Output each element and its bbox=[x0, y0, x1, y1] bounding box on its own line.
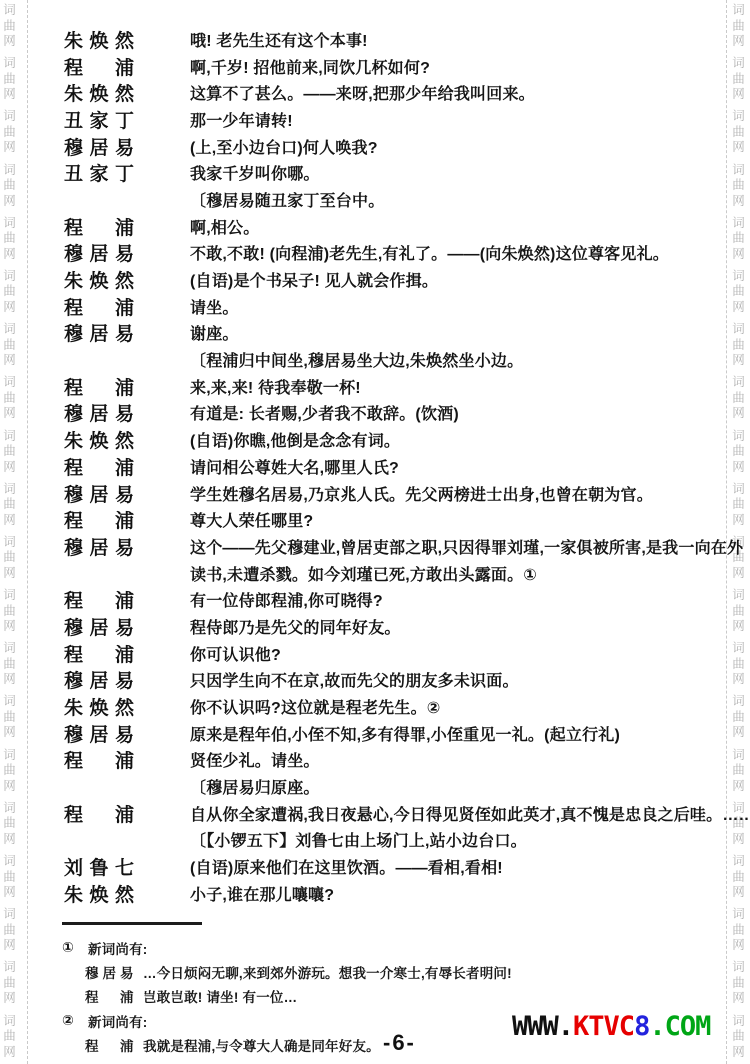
watermark-char: 网 bbox=[727, 300, 750, 316]
watermark-group: 词曲网 bbox=[0, 372, 27, 425]
dialogue-row: 穆居易谢座。 bbox=[64, 320, 724, 347]
speaker-name: 朱焕然 bbox=[64, 31, 141, 52]
stage-direction-row: 〔穆居易随丑家丁至台中。 bbox=[64, 186, 724, 213]
dialogue-row: 程 浦尊大人荣任哪里? bbox=[64, 506, 724, 533]
dialogue-row: 穆居易(上,至小边台口)何人唤我? bbox=[64, 133, 724, 160]
watermark-char: 词 bbox=[727, 56, 750, 72]
dialogue-text: 你不认识吗?这位就是程老先生。② bbox=[190, 695, 441, 718]
watermark-char: 词 bbox=[727, 748, 750, 764]
watermark-char: 网 bbox=[0, 34, 27, 50]
dialogue-text: 这算不了甚么。——来呀,把那少年给我叫回来。 bbox=[190, 81, 535, 104]
speaker-name: 朱焕然 bbox=[64, 431, 141, 452]
watermark-char: 词 bbox=[727, 109, 750, 125]
watermark-group: 词曲网 bbox=[727, 957, 750, 1010]
watermark-group: 词曲网 bbox=[727, 904, 750, 957]
speaker-name: 程 浦 bbox=[64, 805, 141, 826]
watermark-char: 词 bbox=[0, 375, 27, 391]
watermark-char: 词 bbox=[727, 322, 750, 338]
watermark-group: 词曲网 bbox=[727, 160, 750, 213]
footnote-text: 岂敢岂敢! 请坐! 有一位… bbox=[143, 986, 297, 1006]
stage-direction-text: 〔穆居易归原座。 bbox=[190, 775, 320, 798]
watermark-char: 网 bbox=[0, 832, 27, 848]
watermark-char: 网 bbox=[0, 247, 27, 263]
watermark-char: 词 bbox=[0, 535, 27, 551]
speaker-cell: 穆居易 bbox=[64, 239, 190, 266]
dialogue-text: 请坐。 bbox=[190, 295, 239, 318]
dialogue-text: (上,至小边台口)何人唤我? bbox=[190, 135, 378, 158]
watermark-char: 曲 bbox=[727, 923, 750, 939]
dialogue-row: 程 浦你可认识他? bbox=[64, 640, 724, 667]
watermark-char: 词 bbox=[727, 588, 750, 604]
dialogue-text: 有道是: 长者赐,少者我不敢辞。(饮酒) bbox=[190, 401, 459, 424]
watermark-group: 词曲网 bbox=[0, 160, 27, 213]
speaker-cell: 丑家丁 bbox=[64, 106, 190, 133]
watermark-char: 网 bbox=[727, 513, 750, 529]
speaker-cell: 穆居易 bbox=[64, 319, 190, 346]
watermark-char: 词 bbox=[727, 482, 750, 498]
watermark-char: 曲 bbox=[0, 231, 27, 247]
speaker-name: 程 浦 bbox=[64, 645, 141, 666]
dialogue-row: 程 浦有一位侍郎程浦,你可晓得? bbox=[64, 586, 724, 613]
watermark-group: 词曲网 bbox=[727, 638, 750, 691]
speaker-cell: 程 浦 bbox=[64, 373, 190, 400]
watermark-char: 曲 bbox=[727, 391, 750, 407]
watermark-group: 词曲网 bbox=[0, 745, 27, 798]
dialogue-text: 学生姓穆名居易,乃京兆人氏。先父两榜进士出身,也曾在朝为官。 bbox=[190, 482, 653, 505]
watermark-char: 曲 bbox=[727, 976, 750, 992]
footnote-title: 新词尚有: bbox=[88, 938, 148, 958]
watermark-char: 曲 bbox=[0, 391, 27, 407]
speaker-name: 穆居易 bbox=[64, 671, 141, 692]
watermark-group: 词曲网 bbox=[727, 1011, 750, 1064]
dialogue-text: 原来是程年伯,小侄不知,多有得罪,小侄重见一礼。(起立行礼) bbox=[190, 722, 620, 745]
watermark-char: 曲 bbox=[0, 604, 27, 620]
watermark-group: 词曲网 bbox=[727, 426, 750, 479]
watermark-group: 词曲网 bbox=[727, 319, 750, 372]
watermark-group: 词曲网 bbox=[0, 213, 27, 266]
dialogue-text: (自语)你瞧,他倒是念念有词。 bbox=[190, 428, 400, 451]
footnote-text: 我就是程浦,与令尊大人确是同年好友。 bbox=[143, 1035, 380, 1055]
watermark-char: 曲 bbox=[0, 497, 27, 513]
watermark-group: 词曲网 bbox=[0, 532, 27, 585]
speaker-cell: 穆居易 bbox=[64, 480, 190, 507]
speaker-name: 穆居易 bbox=[64, 244, 141, 265]
watermark-char: 网 bbox=[0, 1045, 27, 1061]
site-watermark-segment: 8 bbox=[634, 1011, 649, 1042]
speaker-name: 刘鲁七 bbox=[64, 858, 141, 879]
dialogue-row: 程 浦啊,千岁! 招他前来,同饮几杯如何? bbox=[64, 53, 724, 80]
footnote-speaker-name: 程 浦 bbox=[85, 986, 143, 1006]
dialogue-row: 穆居易原来是程年伯,小侄不知,多有得罪,小侄重见一礼。(起立行礼) bbox=[64, 720, 724, 747]
watermark-char: 词 bbox=[727, 3, 750, 19]
watermark-char: 词 bbox=[0, 1014, 27, 1030]
speaker-name: 朱焕然 bbox=[64, 698, 141, 719]
dialogue-row: 穆居易学生姓穆名居易,乃京兆人氏。先父两榜进士出身,也曾在朝为官。 bbox=[64, 480, 724, 507]
watermark-group: 词曲网 bbox=[727, 266, 750, 319]
watermark-group: 词曲网 bbox=[727, 213, 750, 266]
footnote-text: …今日烦闷无聊,来到郊外游玩。想我一介寒士,有辱长者明问! bbox=[143, 962, 512, 982]
watermark-char: 网 bbox=[727, 1045, 750, 1061]
watermark-char: 曲 bbox=[727, 763, 750, 779]
speaker-name: 朱焕然 bbox=[64, 84, 141, 105]
dialogue-row: 朱焕然这算不了甚么。——来呀,把那少年给我叫回来。 bbox=[64, 79, 724, 106]
watermark-char: 网 bbox=[0, 672, 27, 688]
watermark-char: 词 bbox=[0, 588, 27, 604]
speaker-name: 丑家丁 bbox=[64, 164, 141, 185]
watermark-char: 词 bbox=[727, 163, 750, 179]
dialogue-text: (自语)是个书呆子! 见人就会作揖。 bbox=[190, 268, 438, 291]
dialogue-row: 程 浦来,来,来! 待我奉敬一杯! bbox=[64, 373, 724, 400]
speaker-cell: 朱焕然 bbox=[64, 426, 190, 453]
dialogue-text: 哦! 老先生还有这个本事! bbox=[190, 28, 368, 51]
speaker-name: 穆居易 bbox=[64, 725, 141, 746]
speaker-name: 程 浦 bbox=[64, 591, 141, 612]
watermark-char: 曲 bbox=[0, 284, 27, 300]
dialogue-text: 贤侄少礼。请坐。 bbox=[190, 748, 320, 771]
watermark-char: 曲 bbox=[0, 444, 27, 460]
watermark-char: 词 bbox=[0, 801, 27, 817]
watermark-char: 曲 bbox=[727, 1029, 750, 1045]
dialogue-text: 你可认识他? bbox=[190, 642, 281, 665]
watermark-char: 网 bbox=[727, 566, 750, 582]
watermark-char: 曲 bbox=[727, 125, 750, 141]
watermark-char: 曲 bbox=[0, 1029, 27, 1045]
watermark-char: 词 bbox=[0, 429, 27, 445]
dialogue-row: 程 浦自从你全家遭祸,我日夜悬心,今日得见贤侄如此英才,真不愧是忠良之后哇。…… bbox=[64, 800, 724, 827]
speaker-name: 程 浦 bbox=[64, 298, 141, 319]
watermark-char: 词 bbox=[0, 216, 27, 232]
watermark-char: 词 bbox=[727, 216, 750, 232]
watermark-char: 网 bbox=[0, 140, 27, 156]
speaker-cell: 程 浦 bbox=[64, 640, 190, 667]
watermark-char: 词 bbox=[0, 960, 27, 976]
watermark-char: 曲 bbox=[0, 125, 27, 141]
watermark-group: 词曲网 bbox=[727, 479, 750, 532]
speaker-name: 程 浦 bbox=[64, 511, 141, 532]
dialogue-row: 朱焕然(自语)是个书呆子! 见人就会作揖。 bbox=[64, 266, 724, 293]
stage-direction-row: 〔程浦归中间坐,穆居易坐大边,朱焕然坐小边。 bbox=[64, 346, 724, 373]
footnote-marker: ② bbox=[62, 1012, 88, 1029]
speaker-cell: 朱焕然 bbox=[64, 266, 190, 293]
watermark-group: 词曲网 bbox=[0, 266, 27, 319]
speaker-cell: 程 浦 bbox=[64, 800, 190, 827]
watermark-char: 曲 bbox=[727, 604, 750, 620]
speaker-cell: 程 浦 bbox=[64, 746, 190, 773]
watermark-group: 词曲网 bbox=[0, 585, 27, 638]
dialogue-row: 刘鲁七(自语)原来他们在这里饮酒。——看相,看相! bbox=[64, 853, 724, 880]
dialogue-text: 这个——先父穆建业,曾居吏部之职,只因得罪刘瑾,一家俱被所害,是我一向在外 bbox=[190, 535, 743, 558]
watermark-char: 网 bbox=[727, 779, 750, 795]
watermark-group: 词曲网 bbox=[0, 638, 27, 691]
footnote-divider bbox=[62, 922, 202, 925]
speaker-name: 穆居易 bbox=[64, 618, 141, 639]
dialogue-row: 朱焕然你不认识吗?这位就是程老先生。② bbox=[64, 693, 724, 720]
watermark-group: 词曲网 bbox=[727, 585, 750, 638]
dialogue-text: 尊大人荣任哪里? bbox=[190, 508, 313, 531]
watermark-group: 词曲网 bbox=[0, 904, 27, 957]
watermark-char: 网 bbox=[0, 513, 27, 529]
watermark-char: 词 bbox=[727, 429, 750, 445]
speaker-cell: 刘鲁七 bbox=[64, 853, 190, 880]
watermark-group: 词曲网 bbox=[0, 479, 27, 532]
watermark-char: 网 bbox=[0, 194, 27, 210]
dialogue-row: 程 浦啊,相公。 bbox=[64, 213, 724, 240]
footnote-speaker-name: 穆居易 bbox=[85, 962, 143, 982]
footnote-marker: ① bbox=[62, 939, 88, 956]
watermark-char: 词 bbox=[0, 322, 27, 338]
watermark-char: 网 bbox=[727, 672, 750, 688]
watermark-char: 网 bbox=[727, 991, 750, 1007]
watermark-char: 网 bbox=[0, 619, 27, 635]
dialogue-text: 自从你全家遭祸,我日夜悬心,今日得见贤侄如此英才,真不愧是忠良之后哇。…… bbox=[190, 802, 750, 825]
dialogue-text: 啊,相公。 bbox=[190, 215, 259, 238]
watermark-char: 词 bbox=[0, 694, 27, 710]
footnote-title: 新词尚有: bbox=[88, 1011, 148, 1031]
watermark-char: 网 bbox=[0, 938, 27, 954]
speaker-cell: 程 浦 bbox=[64, 293, 190, 320]
speaker-name: 穆居易 bbox=[64, 485, 141, 506]
watermark-char: 词 bbox=[0, 748, 27, 764]
watermark-char: 网 bbox=[0, 991, 27, 1007]
watermark-char: 曲 bbox=[727, 284, 750, 300]
speaker-name: 穆居易 bbox=[64, 404, 141, 425]
speaker-name: 程 浦 bbox=[64, 378, 141, 399]
speaker-cell: 程 浦 bbox=[64, 53, 190, 80]
watermark-char: 词 bbox=[727, 269, 750, 285]
speaker-cell: 朱焕然 bbox=[64, 693, 190, 720]
dialogue-text: 请问相公尊姓大名,哪里人氏? bbox=[190, 455, 399, 478]
watermark-group: 词曲网 bbox=[0, 319, 27, 372]
speaker-name: 程 浦 bbox=[64, 218, 141, 239]
watermark-group: 词曲网 bbox=[0, 106, 27, 159]
watermark-char: 网 bbox=[727, 34, 750, 50]
stage-direction-text: 〔【小锣五下】刘鲁七由上场门上,站小边台口。 bbox=[190, 828, 527, 851]
dialogue-text: (自语)原来他们在这里饮酒。——看相,看相! bbox=[190, 855, 503, 878]
watermark-char: 曲 bbox=[727, 497, 750, 513]
watermark-char: 曲 bbox=[0, 19, 27, 35]
watermark-char: 曲 bbox=[0, 976, 27, 992]
watermark-char: 词 bbox=[727, 375, 750, 391]
speaker-name: 穆居易 bbox=[64, 324, 141, 345]
speaker-name: 丑家丁 bbox=[64, 111, 141, 132]
stage-direction-row: 读书,未遭杀戮。如今刘瑾已死,方敢出头露面。① bbox=[64, 560, 724, 587]
speaker-cell: 穆居易 bbox=[64, 720, 190, 747]
site-watermark-segment: .COM bbox=[649, 1011, 710, 1042]
watermark-group: 词曲网 bbox=[0, 957, 27, 1010]
speaker-cell: 穆居易 bbox=[64, 613, 190, 640]
watermark-group: 词曲网 bbox=[727, 372, 750, 425]
watermark-char: 网 bbox=[727, 832, 750, 848]
dialogue-row: 穆居易有道是: 长者赐,少者我不敢辞。(饮酒) bbox=[64, 400, 724, 427]
speaker-cell: 朱焕然 bbox=[64, 79, 190, 106]
watermark-char: 曲 bbox=[0, 763, 27, 779]
watermark-group: 词曲网 bbox=[727, 53, 750, 106]
watermark-group: 词曲网 bbox=[0, 1011, 27, 1064]
watermark-char: 曲 bbox=[0, 338, 27, 354]
watermark-char: 曲 bbox=[727, 444, 750, 460]
watermark-char: 网 bbox=[727, 247, 750, 263]
watermark-char: 网 bbox=[727, 406, 750, 422]
watermark-char: 曲 bbox=[0, 710, 27, 726]
watermark-char: 曲 bbox=[727, 72, 750, 88]
watermark-group: 词曲网 bbox=[727, 106, 750, 159]
watermark-char: 词 bbox=[0, 3, 27, 19]
footnote-line: 穆居易…今日烦闷无聊,来到郊外游玩。想我一介寒士,有辱长者明问! bbox=[64, 960, 684, 984]
watermark-char: 词 bbox=[0, 109, 27, 125]
speaker-cell: 穆居易 bbox=[64, 666, 190, 693]
speaker-cell: 朱焕然 bbox=[64, 880, 190, 907]
watermark-char: 曲 bbox=[0, 550, 27, 566]
dialogue-row: 程 浦贤侄少礼。请坐。 bbox=[64, 747, 724, 774]
speaker-cell: 程 浦 bbox=[64, 213, 190, 240]
watermark-group: 词曲网 bbox=[727, 0, 750, 53]
speaker-name: 朱焕然 bbox=[64, 885, 141, 906]
dialogue-text: 谢座。 bbox=[190, 321, 239, 344]
watermark-char: 网 bbox=[0, 885, 27, 901]
watermark-group: 词曲网 bbox=[0, 851, 27, 904]
watermark-char: 网 bbox=[727, 194, 750, 210]
speaker-cell: 穆居易 bbox=[64, 399, 190, 426]
watermark-char: 词 bbox=[727, 960, 750, 976]
dialogue-text: 我家千岁叫你哪。 bbox=[190, 161, 320, 184]
watermark-char: 词 bbox=[727, 1014, 750, 1030]
speaker-cell: 朱焕然 bbox=[64, 26, 190, 53]
speaker-cell: 丑家丁 bbox=[64, 159, 190, 186]
dialogue-row: 程 浦请问相公尊姓大名,哪里人氏? bbox=[64, 453, 724, 480]
watermark-char: 网 bbox=[0, 406, 27, 422]
watermark-char: 词 bbox=[0, 854, 27, 870]
dialogue-list: 朱焕然哦! 老先生还有这个本事!程 浦啊,千岁! 招他前来,同饮几杯如何?朱焕然… bbox=[64, 26, 724, 907]
dialogue-row: 朱焕然小子,谁在那儿嚷嚷? bbox=[64, 880, 724, 907]
stage-direction-text: 〔穆居易随丑家丁至台中。 bbox=[190, 188, 384, 211]
dialogue-row: 丑家丁那一少年请转! bbox=[64, 106, 724, 133]
dialogue-row: 朱焕然(自语)你瞧,他倒是念念有词。 bbox=[64, 426, 724, 453]
speaker-cell: 程 浦 bbox=[64, 506, 190, 533]
watermark-char: 曲 bbox=[0, 72, 27, 88]
watermark-char: 网 bbox=[727, 725, 750, 741]
dialogue-text: 只因学生向不在京,故而先父的朋友多未识面。 bbox=[190, 668, 519, 691]
speaker-name: 程 浦 bbox=[64, 58, 141, 79]
watermark-char: 网 bbox=[727, 938, 750, 954]
speaker-name: 穆居易 bbox=[64, 138, 141, 159]
watermark-char: 词 bbox=[0, 641, 27, 657]
watermark-char: 词 bbox=[0, 482, 27, 498]
watermark-group: 词曲网 bbox=[727, 745, 750, 798]
watermark-char: 曲 bbox=[727, 338, 750, 354]
watermark-group: 词曲网 bbox=[0, 426, 27, 479]
watermark-char: 网 bbox=[0, 353, 27, 369]
site-watermark-segment: WWW. bbox=[512, 1011, 573, 1042]
dialogue-text: 来,来,来! 待我奉敬一杯! bbox=[190, 375, 361, 398]
dialogue-row: 朱焕然哦! 老先生还有这个本事! bbox=[64, 26, 724, 53]
watermark-char: 曲 bbox=[0, 816, 27, 832]
dialogue-row: 丑家丁我家千岁叫你哪。 bbox=[64, 159, 724, 186]
watermark-char: 网 bbox=[727, 619, 750, 635]
watermark-char: 曲 bbox=[727, 19, 750, 35]
watermark-char: 曲 bbox=[727, 178, 750, 194]
site-watermark-segment: KTVC bbox=[573, 1011, 634, 1042]
watermark-char: 词 bbox=[727, 854, 750, 870]
stage-direction-text: 〔程浦归中间坐,穆居易坐大边,朱焕然坐小边。 bbox=[190, 348, 523, 371]
script-page: 词曲网词曲网词曲网词曲网词曲网词曲网词曲网词曲网词曲网词曲网词曲网词曲网词曲网词… bbox=[0, 0, 750, 1064]
speaker-name: 程 浦 bbox=[64, 458, 141, 479]
watermark-char: 曲 bbox=[0, 870, 27, 886]
dialogue-row: 穆居易不敢,不敢! (向程浦)老先生,有礼了。——(向朱焕然)这位尊客见礼。 bbox=[64, 240, 724, 267]
footnote-speaker-name: 程 浦 bbox=[85, 1035, 143, 1055]
watermark-char: 曲 bbox=[727, 231, 750, 247]
watermark-group: 词曲网 bbox=[727, 851, 750, 904]
speaker-cell: 程 浦 bbox=[64, 453, 190, 480]
watermark-char: 词 bbox=[727, 641, 750, 657]
speaker-name: 程 浦 bbox=[64, 751, 141, 772]
watermark-char: 曲 bbox=[0, 657, 27, 673]
watermark-char: 网 bbox=[0, 87, 27, 103]
watermark-char: 曲 bbox=[0, 923, 27, 939]
watermark-group: 词曲网 bbox=[0, 691, 27, 744]
watermark-char: 词 bbox=[727, 694, 750, 710]
watermark-char: 曲 bbox=[727, 870, 750, 886]
dialogue-text: 啊,千岁! 招他前来,同饮几杯如何? bbox=[190, 55, 430, 78]
right-watermark-strip: 词曲网词曲网词曲网词曲网词曲网词曲网词曲网词曲网词曲网词曲网词曲网词曲网词曲网词… bbox=[726, 0, 750, 1064]
watermark-char: 网 bbox=[0, 725, 27, 741]
watermark-char: 词 bbox=[0, 56, 27, 72]
stage-direction-row: 〔【小锣五下】刘鲁七由上场门上,站小边台口。 bbox=[64, 827, 724, 854]
watermark-char: 网 bbox=[0, 566, 27, 582]
watermark-char: 网 bbox=[727, 885, 750, 901]
watermark-char: 曲 bbox=[0, 178, 27, 194]
watermark-char: 网 bbox=[0, 300, 27, 316]
watermark-char: 网 bbox=[727, 460, 750, 476]
dialogue-row: 穆居易这个——先父穆建业,曾居吏部之职,只因得罪刘瑾,一家俱被所害,是我一向在外 bbox=[64, 533, 724, 560]
watermark-group: 词曲网 bbox=[0, 798, 27, 851]
page-number: -6- bbox=[383, 1030, 416, 1056]
dialogue-row: 穆居易只因学生向不在京,故而先父的朋友多未识面。 bbox=[64, 667, 724, 694]
watermark-char: 词 bbox=[0, 907, 27, 923]
watermark-char: 网 bbox=[727, 87, 750, 103]
watermark-char: 网 bbox=[0, 460, 27, 476]
site-watermark: WWW.KTVC8.COM bbox=[512, 1011, 710, 1042]
watermark-group: 词曲网 bbox=[0, 0, 27, 53]
dialogue-row: 穆居易程侍郎乃是先父的同年好友。 bbox=[64, 613, 724, 640]
footnote-heading: ①新词尚有: bbox=[64, 936, 684, 960]
watermark-char: 网 bbox=[0, 779, 27, 795]
left-watermark-strip: 词曲网词曲网词曲网词曲网词曲网词曲网词曲网词曲网词曲网词曲网词曲网词曲网词曲网词… bbox=[0, 0, 28, 1064]
footnote-line: 程 浦岂敢岂敢! 请坐! 有一位… bbox=[64, 984, 684, 1008]
watermark-char: 词 bbox=[727, 907, 750, 923]
speaker-cell: 穆居易 bbox=[64, 533, 190, 560]
dialogue-text: 那一少年请转! bbox=[190, 108, 293, 131]
speaker-name: 朱焕然 bbox=[64, 271, 141, 292]
speaker-cell: 穆居易 bbox=[64, 133, 190, 160]
dialogue-text: 程侍郎乃是先父的同年好友。 bbox=[190, 615, 401, 638]
speaker-name: 穆居易 bbox=[64, 538, 141, 559]
watermark-group: 词曲网 bbox=[727, 691, 750, 744]
watermark-char: 词 bbox=[0, 163, 27, 179]
watermark-char: 曲 bbox=[727, 657, 750, 673]
dialogue-text: 有一位侍郎程浦,你可晓得? bbox=[190, 588, 383, 611]
speaker-cell: 程 浦 bbox=[64, 586, 190, 613]
stage-direction-text: 读书,未遭杀戮。如今刘瑾已死,方敢出头露面。① bbox=[190, 562, 537, 585]
watermark-char: 网 bbox=[727, 140, 750, 156]
watermark-group: 词曲网 bbox=[0, 53, 27, 106]
dialogue-text: 不敢,不敢! (向程浦)老先生,有礼了。——(向朱焕然)这位尊客见礼。 bbox=[190, 241, 669, 264]
watermark-char: 曲 bbox=[727, 710, 750, 726]
dialogue-row: 程 浦请坐。 bbox=[64, 293, 724, 320]
watermark-char: 网 bbox=[727, 353, 750, 369]
stage-direction-row: 〔穆居易归原座。 bbox=[64, 773, 724, 800]
dialogue-text: 小子,谁在那儿嚷嚷? bbox=[190, 882, 334, 905]
watermark-char: 词 bbox=[0, 269, 27, 285]
